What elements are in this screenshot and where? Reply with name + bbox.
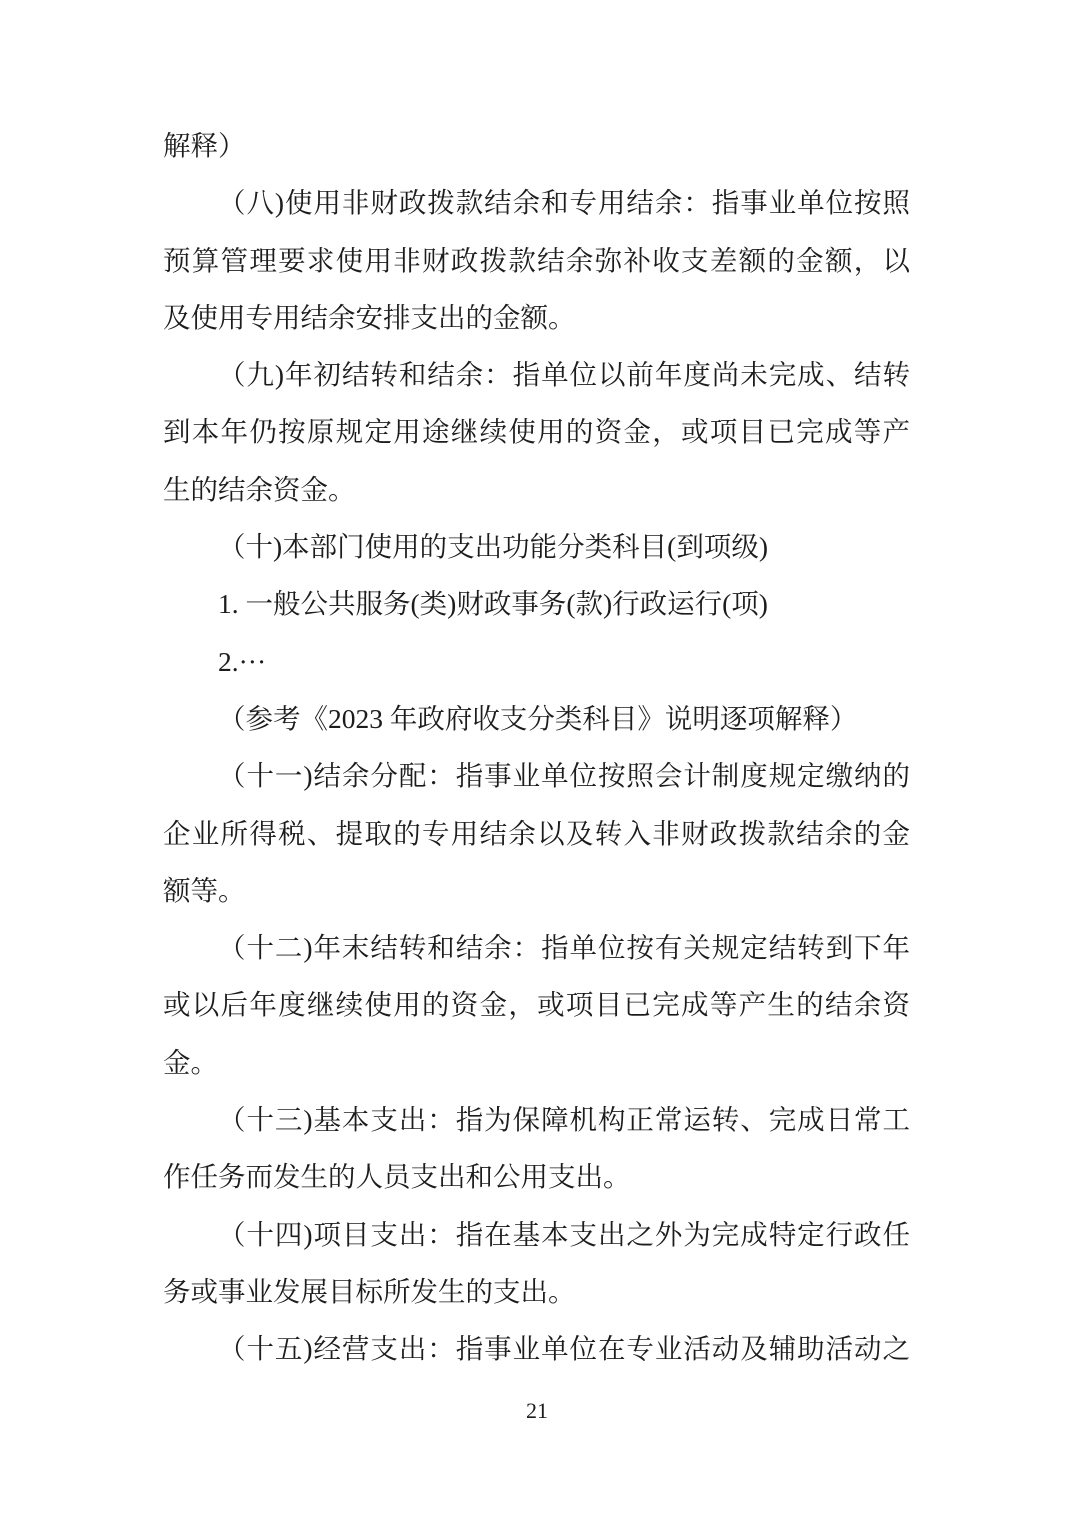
document-body: 解释）（八)使用非财政拨款结余和专用结余：指事业单位按照预算管理要求使用非财政拨…: [163, 117, 910, 1378]
text-line: （十四)项目支出：指在基本支出之外为完成特定行政任: [163, 1206, 910, 1263]
text-line: （参考《2023 年政府收支分类科目》说明逐项解释）: [163, 690, 910, 747]
text-line: （十一)结余分配：指事业单位按照会计制度规定缴纳的: [163, 747, 910, 804]
text-line: 或以后年度继续使用的资金，或项目已完成等产生的结余资: [163, 976, 910, 1033]
text-line: （十三)基本支出：指为保障机构正常运转、完成日常工: [163, 1091, 910, 1148]
text-line: 金。: [163, 1034, 910, 1091]
text-line: 作任务而发生的人员支出和公用支出。: [163, 1148, 910, 1205]
document-page: 解释）（八)使用非财政拨款结余和专用结余：指事业单位按照预算管理要求使用非财政拨…: [0, 0, 1074, 1520]
text-line: 及使用专用结余安排支出的金额。: [163, 289, 910, 346]
text-line: 解释）: [163, 117, 910, 174]
text-line: （九)年初结转和结余：指单位以前年度尚未完成、结转: [163, 346, 910, 403]
text-line: （八)使用非财政拨款结余和专用结余：指事业单位按照: [163, 174, 910, 231]
text-line: （十二)年末结转和结余：指单位按有关规定结转到下年: [163, 919, 910, 976]
text-line: 企业所得税、提取的专用结余以及转入非财政拨款结余的金: [163, 805, 910, 862]
text-line: 到本年仍按原规定用途继续使用的资金，或项目已完成等产: [163, 403, 910, 460]
text-line: 务或事业发展目标所发生的支出。: [163, 1263, 910, 1320]
text-line: （十)本部门使用的支出功能分类科目(到项级): [163, 518, 910, 575]
text-line: 额等。: [163, 862, 910, 919]
text-line: （十五)经营支出：指事业单位在专业活动及辅助活动之: [163, 1320, 910, 1377]
text-line: 2.···: [163, 633, 910, 690]
page-number: 21: [0, 1398, 1074, 1424]
text-line: 生的结余资金。: [163, 461, 910, 518]
text-line: 1. 一般公共服务(类)财政事务(款)行政运行(项): [163, 575, 910, 632]
text-line: 预算管理要求使用非财政拨款结余弥补收支差额的金额，以: [163, 232, 910, 289]
